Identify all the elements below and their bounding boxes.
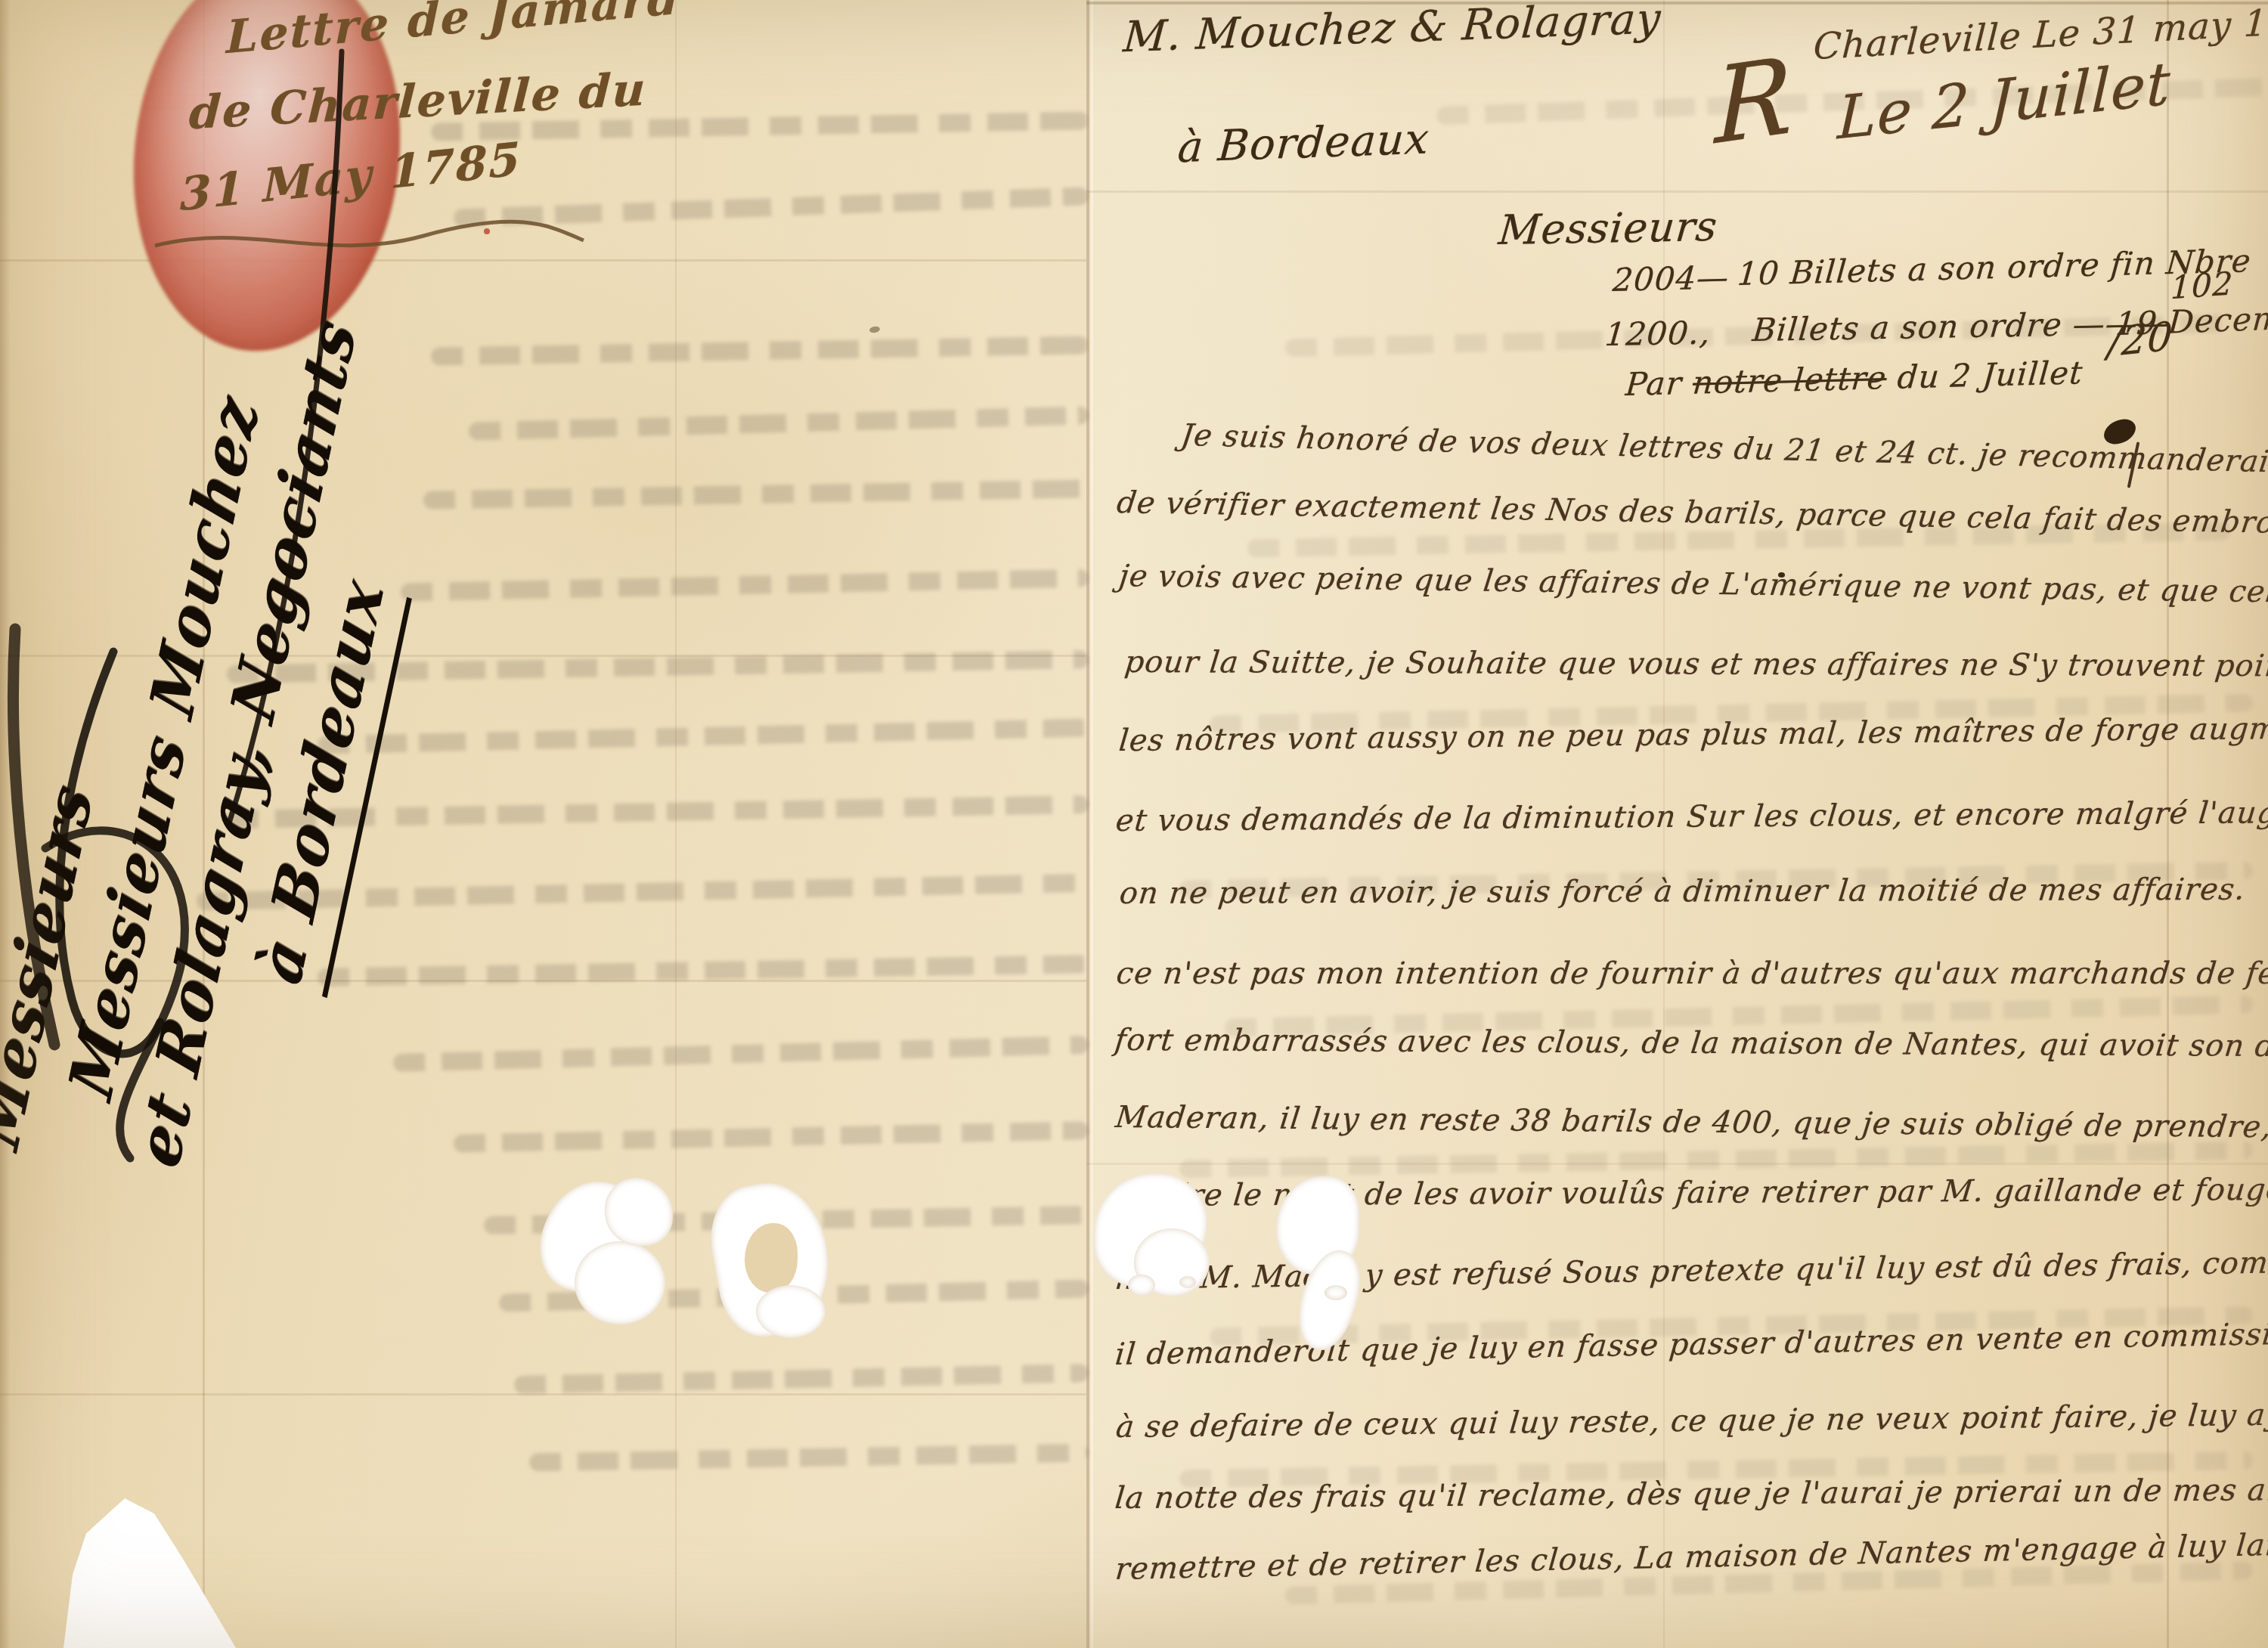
bleed-through-line — [318, 718, 1089, 754]
body-line: ce n'est pas mon intention de fournir à … — [1115, 959, 2268, 989]
ink-dot — [1778, 572, 1785, 578]
paper-tear-corner — [45, 1495, 272, 1648]
bleed-through-line — [454, 1121, 1089, 1153]
paper-hole-island — [745, 1223, 798, 1293]
salutation: Messieurs — [1497, 206, 1719, 251]
red-speck — [484, 228, 490, 234]
account-note-pre: Par — [1624, 364, 1683, 403]
account-fraction: /20 — [2106, 317, 2174, 364]
ink-dot — [869, 326, 880, 333]
address-panel: Messieurs Messieurs Mouchez et Rolagray,… — [0, 353, 442, 1234]
paper-hole — [756, 1285, 826, 1338]
bleed-through-line — [393, 1036, 1089, 1072]
fold-crease — [1086, 191, 2268, 193]
body-line: fort embarrassés avec les clous, de la m… — [1114, 1025, 2268, 1062]
account-row-tail: 102 — [2170, 268, 2234, 304]
bleed-through-line — [401, 568, 1089, 601]
fold-crease — [1086, 1163, 2268, 1165]
annotation-line: Lettre de Jamard — [226, 0, 680, 60]
body-line: la notte des frais qu'il reclame, dès qu… — [1114, 1474, 2268, 1513]
paper-hole — [1325, 1285, 1347, 1300]
bleed-through-line — [469, 406, 1089, 440]
paper-hole — [605, 1178, 673, 1246]
letter-recipient-city: à Bordeaux — [1176, 118, 1431, 169]
account-row-amount: 1200., — [1603, 318, 1712, 352]
fold-crease — [1091, 0, 1093, 1648]
account-note-post: du 2 Juillet — [1896, 354, 2084, 396]
fold-crease — [675, 0, 677, 1648]
center-fold-crease — [1086, 0, 1089, 1648]
bleed-through-line — [423, 479, 1089, 509]
bleed-through-line — [514, 1364, 1089, 1394]
paper-edge — [0, 0, 11, 1648]
fold-crease — [0, 1393, 1086, 1396]
paper-edge — [1086, 2, 2268, 5]
bleed-through-line — [529, 1444, 1089, 1472]
bleed-through-line — [431, 336, 1089, 365]
body-line: pour la Suitte, je Souhaite que vous et … — [1123, 647, 2268, 682]
paper-hole — [1179, 1276, 1196, 1288]
paper-hole — [575, 1241, 665, 1324]
account-row-amount: 2004— — [1612, 262, 1730, 296]
body-line: et vous demandés de la diminution Sur le… — [1114, 797, 2268, 836]
bleed-through-line — [454, 187, 1089, 227]
account-note-struck: notre lettre — [1691, 359, 1888, 401]
body-line: on ne peut en avoir, je suis forcé à dim… — [1118, 875, 2247, 909]
manuscript-letter-scan: Lettre de Jamard de Charleville du 31 Ma… — [0, 0, 2268, 1648]
received-paraph: R — [1715, 43, 1793, 160]
paper-hole — [1128, 1275, 1155, 1296]
